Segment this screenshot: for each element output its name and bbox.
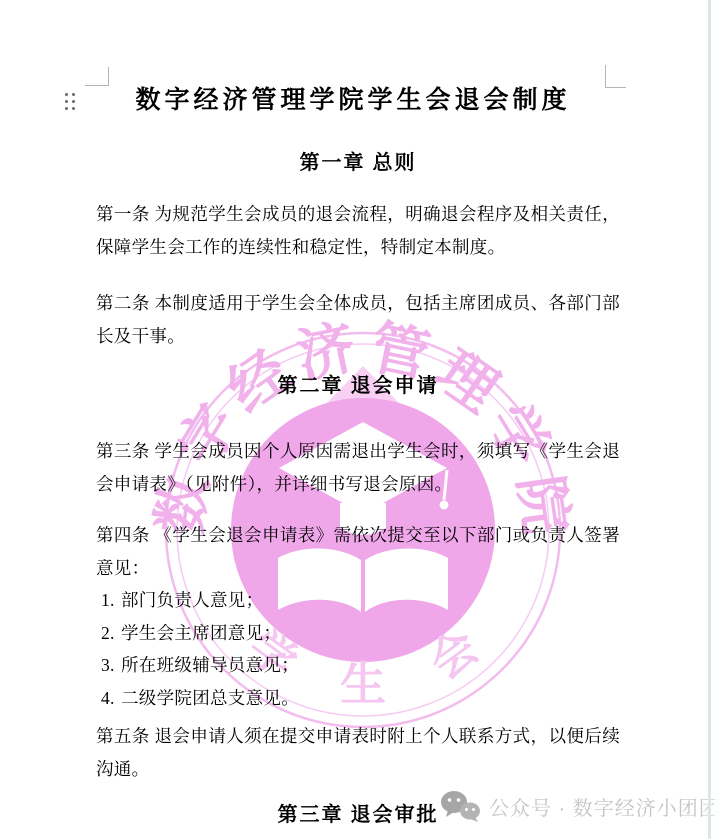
list-item: 3.所在班级辅导员意见； <box>96 649 620 682</box>
article-2: 第二条 本制度适用于学生会全体成员，包括主席团成员、各部门部长及干事。 <box>96 287 620 352</box>
list-item-number: 2. <box>101 617 121 650</box>
list-item-text: 二级学院团总支意见。 <box>121 688 299 708</box>
article-1: 第一条 为规范学生会成员的退会流程，明确退会程序及相关责任，保障学生会工作的连续… <box>96 198 620 263</box>
list-item: 2.学生会主席团意见； <box>96 617 620 650</box>
right-edge-divider <box>708 0 711 839</box>
document-content: 数字经济管理学院学生会退会制度 第一章 总则 第一条 为规范学生会成员的退会流程… <box>0 0 715 839</box>
document-title: 数字经济管理学院学生会退会制度 <box>86 84 620 118</box>
chapter-heading-1: 第一章 总则 <box>96 148 620 178</box>
article-4: 第四条 《学生会退会申请表》需依次提交至以下部门或负责人签署意见： <box>96 519 620 584</box>
article-5: 第五条 退会申请人须在提交申请表时附上个人联系方式，以便后续沟通。 <box>96 720 620 785</box>
list-item-text: 学生会主席团意见； <box>121 623 281 643</box>
document-page: 数 字 经 济 管 理 学 院 学 生 会 <box>0 0 715 839</box>
list-item: 4.二级学院团总支意见。 <box>96 682 620 715</box>
list-item-text: 部门负责人意见； <box>121 590 263 610</box>
list-item: 1.部门负责人意见； <box>96 584 620 617</box>
chapter-heading-3: 第三章 退会审批 <box>96 800 620 830</box>
list-item-number: 3. <box>101 649 121 682</box>
chapter-heading-2: 第二章 退会申请 <box>96 371 620 401</box>
approval-steps-list: 1.部门负责人意见； 2.学生会主席团意见； 3.所在班级辅导员意见； 4.二级… <box>96 584 620 714</box>
list-item-number: 1. <box>101 584 121 617</box>
list-item-text: 所在班级辅导员意见； <box>121 655 299 675</box>
article-3: 第三条 学生会成员因个人原因需退出学生会时，须填写《学生会退会申请表》（见附件）… <box>96 435 620 500</box>
block-drag-handle-icon[interactable] <box>65 93 75 110</box>
list-item-number: 4. <box>101 682 121 715</box>
